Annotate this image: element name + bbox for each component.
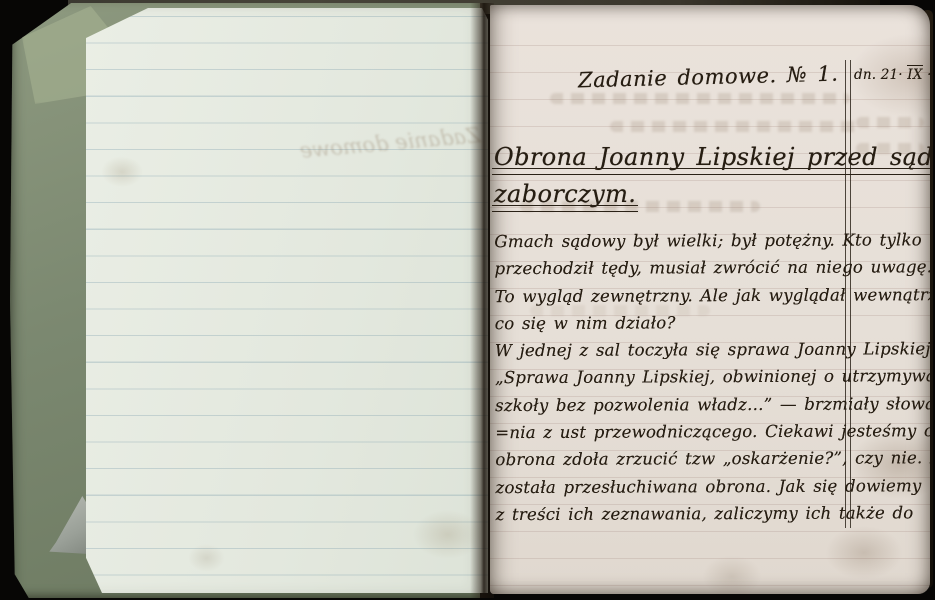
date-month: IX: [907, 65, 922, 83]
homework-title: Zadanie domowe. № 1.: [578, 62, 839, 93]
ink-showthrough-smudge: [550, 93, 850, 104]
date-year: · 1936.: [927, 67, 930, 83]
notebook-photo: Zadanie domowe Zadanie domowe. № 1. dn. …: [0, 0, 935, 600]
essay-body-line: szkoły bez pozwolenia władz…” — brzmiały…: [495, 390, 930, 420]
ink-showthrough-text: Zadanie domowe: [230, 123, 481, 169]
essay-body-line: została przesłuchiwana obrona. Jak się d…: [495, 472, 930, 502]
date-day: dn. 21·: [854, 67, 903, 83]
left-page: Zadanie domowe: [86, 8, 488, 593]
essay-body-line: =nia z ust przewodniczącego. Ciekawi jes…: [495, 417, 930, 447]
ink-showthrough-smudge: [856, 117, 924, 128]
essay-body-line: z treści ich zeznawania, zaliczymy ich t…: [496, 499, 930, 529]
essay-body-line: przechodził tędy, musiał zwrócić na nieg…: [494, 253, 930, 283]
date-annotation: dn. 21· IX · 1936.: [854, 67, 930, 83]
essay-heading: Obrona Joanny Lipskiej przed sądem zabor…: [494, 139, 930, 213]
essay-heading-line2: zaborczym.: [494, 176, 636, 213]
essay-body-line: obrona zdoła zrzucić tzw „oskarżenie?”, …: [495, 444, 930, 474]
right-page: Zadanie domowe. № 1. dn. 21· IX · 1936. …: [490, 5, 930, 594]
essay-body-line: co się w nim działo?: [495, 308, 930, 338]
essay-body-line: „Sprawa Joanny Lipskiej, obwinionej o ut…: [495, 362, 930, 392]
essay-body: Gmach sądowy był wielki; był potężny. Kt…: [494, 226, 930, 529]
essay-body-line: W jednej z sal toczyła się sprawa Joanny…: [495, 335, 930, 365]
essay-body-line: Gmach sądowy był wielki; był potężny. Kt…: [494, 226, 930, 256]
essay-body-line: To wygląd zewnętrzny. Ale jak wyglądał w…: [495, 280, 930, 310]
essay-heading-line1: Obrona Joanny Lipskiej przed sądem: [494, 139, 930, 176]
ink-showthrough-smudge: [610, 121, 860, 132]
